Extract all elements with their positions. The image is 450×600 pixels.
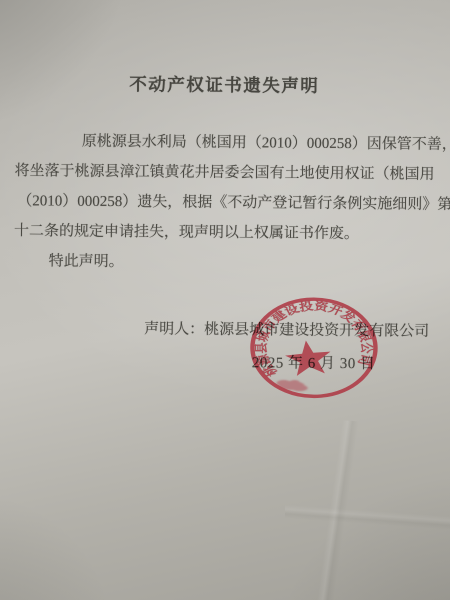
star-icon — [283, 339, 333, 377]
document-photo: 不动产权证书遗失声明 原桃源县水利局（桃国用（2010）000258）因保管不善… — [0, 0, 450, 600]
body-paragraph: 原桃源县水利局（桃国用（2010）000258）因保管不善， 将坐落于桃源县漳江… — [14, 126, 439, 280]
body-line-3: （2010）000258）遗失，根据《不动产登记暂行条例实施细则》第二 — [14, 186, 438, 220]
body-line-1: 原桃源县水利局（桃国用（2010）000258）因保管不善， — [15, 126, 439, 160]
company-seal: 桃源县城市建设投资开发有限公司 — [243, 292, 384, 404]
body-line-2: 将坐落于桃源县漳江镇黄花井居委会国有土地使用权证（桃国用 — [14, 156, 438, 190]
document-content: 不动产权证书遗失声明 原桃源县水利局（桃国用（2010）000258）因保管不善… — [0, 0, 450, 600]
closing-line: 特此声明。 — [14, 246, 438, 280]
document-title: 不动产权证书遗失声明 — [0, 70, 449, 99]
body-line-4: 十二条的规定申请挂失，现声明以上权属证书作废。 — [14, 216, 438, 250]
